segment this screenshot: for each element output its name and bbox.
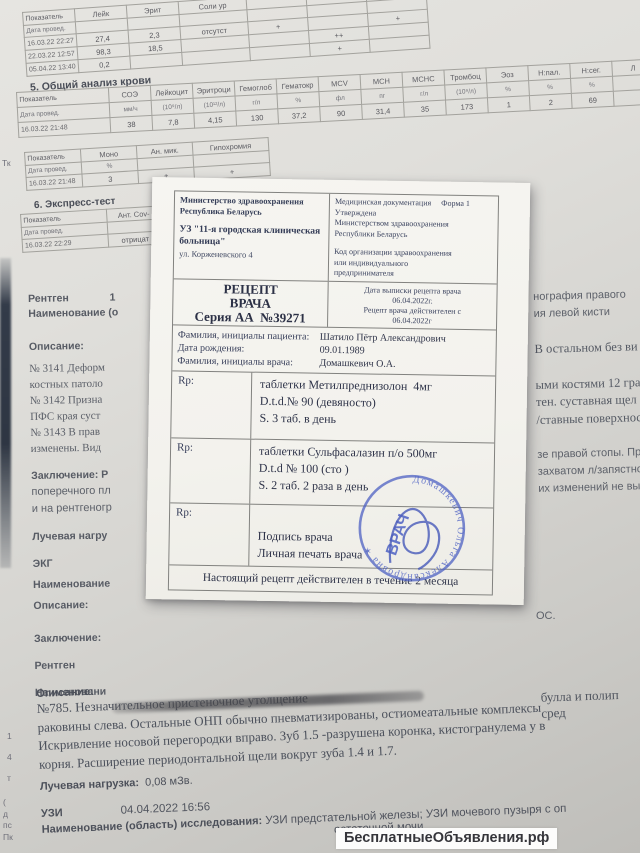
report-bottom-block: Описание: №785. Незначительное пристеноч… — [36, 665, 627, 848]
text-line: ( — [3, 797, 13, 809]
table-cell: 16.03.22 21:48 — [26, 174, 83, 190]
dose-label: Лучевая нагрузка: — [40, 777, 140, 793]
rp-label: Rp: — [171, 371, 252, 438]
table-cell: 38 — [110, 115, 153, 132]
report-right-column: нография правогоия левой кистиВ остально… — [533, 286, 640, 498]
table-cell: 05.04.22 13:40 — [26, 60, 79, 77]
text-line: Рентген — [34, 657, 164, 674]
text-line: изменены. Вид — [31, 439, 161, 457]
text-line: Описание: — [29, 338, 159, 355]
doctor-name-value: Домашкевич О.А. — [319, 357, 395, 371]
rp-label: Rp: — [169, 503, 250, 565]
text-line: Тк — [2, 153, 11, 174]
table-cell: + — [309, 39, 370, 56]
doc-approval-lines: Медицинская документация Форма 1Утвержде… — [334, 197, 493, 241]
uzi-label: УЗИ — [41, 807, 63, 820]
text-line: Серия АА №39271 — [178, 309, 322, 325]
doctor-round-stamp: Домашкевич Ольга Александровна ✶ ВРАЧ — [348, 464, 476, 592]
uzi-datetime: 04.04.2022 16:56 — [120, 801, 210, 817]
table-cell — [613, 89, 640, 106]
text-line: пс — [3, 820, 13, 832]
text-line: Наименование (о — [28, 305, 158, 322]
table-cell — [612, 74, 640, 91]
text-line: Наименование — [33, 576, 163, 593]
table-cell: 4,15 — [194, 111, 237, 128]
dose-value: 0,08 мЗв. — [145, 775, 193, 789]
table-cell: 1 — [487, 96, 530, 113]
text-line: S. 3 таб. в день — [259, 410, 486, 431]
issuer-cell: Министерство здравоохраненияРеспублика Б… — [174, 191, 330, 280]
text-line: Республики Беларусь — [334, 228, 492, 241]
text-line: их изменений не выя — [538, 478, 640, 498]
text-line: Пк — [3, 832, 13, 844]
margin-fragments: (дпсПк — [3, 797, 13, 843]
table-cell — [130, 52, 183, 69]
table-cell: 3 — [82, 171, 139, 187]
table-cell: 31,4 — [362, 102, 405, 119]
margin-fragments: 14т — [7, 726, 12, 789]
watermark-badge: БесплатныеОбъявления.рф — [336, 828, 557, 849]
text-line: и на рентгеногр — [32, 499, 162, 518]
text-line: 4 — [7, 747, 12, 768]
text-line: нография правого — [533, 286, 640, 306]
table-cell: 7,8 — [152, 113, 195, 130]
text-line: предпринимателя — [334, 268, 492, 281]
text-line: д — [3, 809, 13, 821]
text-line: /ставные поверхнос — [536, 408, 640, 429]
text-line: тен. суставная щел — [536, 391, 640, 412]
table-cell: 69 — [571, 91, 614, 108]
table-cell: 2 — [529, 93, 572, 110]
rp-label: Rp: — [170, 438, 251, 503]
prescription-header-row: Министерство здравоохраненияРеспублика Б… — [174, 191, 498, 284]
prescription-title-row: РЕЦЕПТВРАЧАСерия АА №39271 Дата выписки … — [173, 279, 497, 330]
rp-1-lines: таблетки Метилпреднизолон 4мгD.t.d.№ 90 … — [251, 373, 495, 443]
photo-edge-shadow — [0, 258, 11, 568]
title-cell: РЕЦЕПТВРАЧАСерия АА №39271 — [173, 279, 329, 326]
rp-row-1: Rp: таблетки Метилпреднизолон 4мгD.t.d.№… — [171, 371, 495, 443]
text-line: ия левой кисти — [533, 303, 640, 323]
express-test-table: ПоказательАнт. Cov-Дата провед.16.03.22 … — [20, 205, 163, 253]
birthdate-value: 09.01.1989 — [320, 344, 365, 358]
text-line: В остальном без ви — [534, 338, 640, 359]
text-line: Республика Беларусь — [180, 205, 324, 218]
document-photo: ПоказательЛейкЭритСоли урДата провед.16.… — [0, 0, 640, 853]
doctor-name-label: Фамилия, инициалы врача: — [177, 354, 319, 369]
text-line: Описание: — [33, 597, 163, 614]
table-cell: 35 — [404, 100, 447, 117]
text-line: 1 — [7, 726, 12, 747]
text-line: т — [7, 768, 12, 789]
doc-info-cell: Медицинская документация Форма 1Утвержде… — [329, 194, 498, 284]
text-line: Заключение: — [34, 630, 164, 647]
text-line: 06.04.2022г — [333, 314, 491, 326]
text-line: Лучевая нагру — [32, 528, 162, 545]
margin-fragments: Тк — [2, 153, 11, 174]
dates-cell: Дата выписки рецепта врача06.04.2022г.Ре… — [328, 282, 497, 330]
ministry-lines: Министерство здравоохраненияРеспублика Б… — [180, 194, 324, 218]
table-cell: 130 — [236, 109, 279, 126]
report-left-column: Рентген 1Наименование (оОписание:№ 3141 … — [28, 290, 165, 701]
table-cell: Л — [612, 59, 640, 76]
urine-lab-table: ПоказательЛейкЭритСоли урДата провед.16.… — [22, 0, 431, 77]
table-cell — [250, 44, 311, 61]
text-fragment-os: ОС. — [536, 610, 556, 622]
hospital-address: ул. Корженевского 4 — [179, 248, 323, 261]
patient-block: Фамилия, инициалы пациента: Шатило Пётр … — [172, 325, 496, 376]
hospital-name: УЗ "11-я городская клиническая больница" — [179, 223, 323, 249]
prescription-dates: Дата выписки рецепта врача06.04.2022г.Ре… — [333, 284, 492, 326]
table-cell: 173 — [446, 98, 489, 115]
prescription-title: РЕЦЕПТВРАЧАСерия АА №39271 — [178, 281, 323, 325]
prescription-form: Министерство здравоохраненияРеспублика Б… — [146, 177, 531, 605]
table-cell: 37,2 — [278, 107, 321, 124]
table-cell — [369, 35, 430, 52]
text-line: ЭКГ — [33, 555, 163, 572]
table-cell: 0,2 — [78, 56, 131, 73]
org-code-lines: Код организации здравоохраненияили индив… — [334, 247, 492, 281]
table-cell: 90 — [320, 104, 363, 121]
